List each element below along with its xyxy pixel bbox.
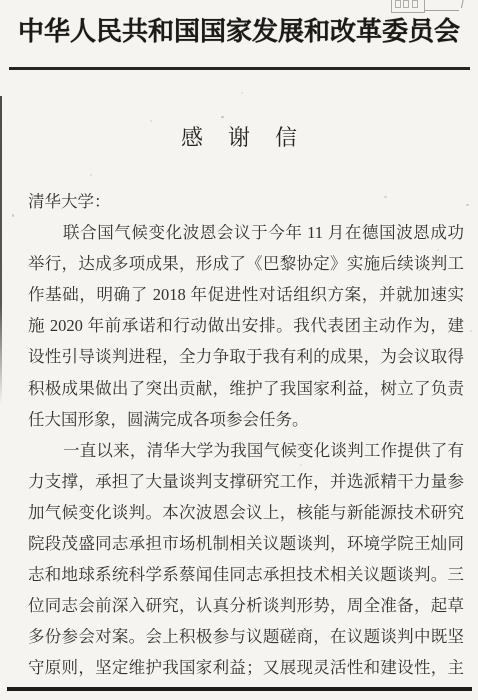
body-line: 施 2020 年前承诺和行动做出安排。我代表团主动作为，建 [28, 310, 464, 341]
letterhead-divider [9, 67, 470, 70]
letter-title: 感谢信 [0, 123, 478, 153]
body-line: 积极成果做出了突出贡献，维护了我国家利益，树立了负责 [28, 373, 464, 404]
stamp-tick-icon [461, 0, 470, 8]
body-line: 设性引导谈判进程，全力争取于我有利的成果，为会议取得 [28, 341, 464, 372]
body-line: 联合国气候变化波恩会议于今年 11 月在德国波恩成功 [28, 217, 464, 248]
scanned-letter-page: 中华人民共和国国家发展和改革委员会 感谢信 清华大学： 联合国气候变化波恩会议于… [0, 0, 478, 700]
body-line: 院段茂盛同志承担市场机制相关议题谈判，环境学院王灿同 [28, 528, 464, 559]
page-bottom-edge [7, 687, 472, 691]
body-line: 位同志会前深入研究，认真分析谈判形势，周全准备，起草 [28, 590, 464, 621]
body-line: 加气候变化谈判。本次波恩会议上，核能与新能源技术研究 [28, 497, 464, 528]
body-line: 志和地球系统科学系蔡闻佳同志承担技术相关议题谈判。三 [28, 559, 464, 590]
body-line: 一直以来，清华大学为我国气候变化谈判工作提供了有 [28, 435, 464, 466]
body-line: 作基础，明确了 2018 年促进性对话组织方案，并就加速实 [28, 279, 464, 310]
body-line: 多份参会对案。会上积极参与议题磋商，在议题谈判中既坚 [28, 621, 464, 652]
body-line: 力支撑，承担了大量谈判支撑研究工作，并选派精干力量参 [28, 466, 464, 497]
body-line: 任大国形象，圆满完成各项参会任务。 [28, 404, 464, 435]
body-line: 举行，达成多项成果，形成了《巴黎协定》实施后续谈判工 [28, 248, 464, 279]
letterhead-title: 中华人民共和国国家发展和改革委员会 [0, 11, 478, 48]
body-line: 守原则，坚定维护我国家利益；又展现灵活性和建设性，主 [28, 652, 464, 683]
salutation: 清华大学： [28, 186, 464, 217]
scan-edge-artifact [0, 96, 2, 404]
letter-body: 清华大学： 联合国气候变化波恩会议于今年 11 月在德国波恩成功 举行，达成多项… [28, 186, 464, 684]
